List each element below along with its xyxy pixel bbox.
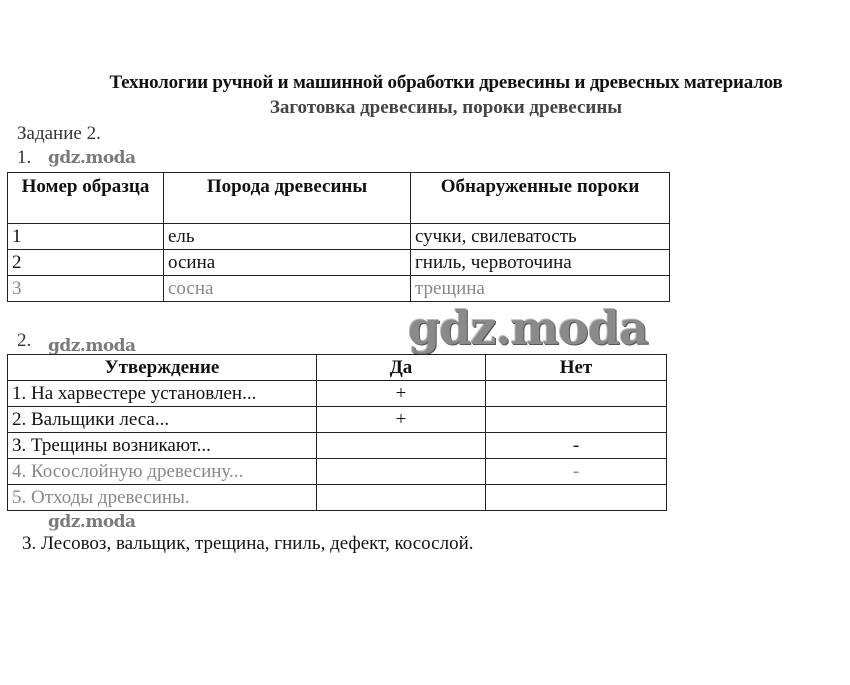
watermark-1: gdz.moda xyxy=(48,148,136,168)
cell-no: - xyxy=(486,433,667,459)
task-label: Задание 2. xyxy=(17,123,101,145)
cell-defects: сучки, свилеватость xyxy=(411,224,670,250)
watermark-3: gdz.moda xyxy=(48,512,136,532)
table-row: 3 сосна трещина xyxy=(8,276,670,302)
cell-statement: 3. Трещины возникают... xyxy=(8,433,317,459)
table-row: 1 ель сучки, свилеватость xyxy=(8,224,670,250)
table-row: 3. Трещины возникают... - xyxy=(8,433,667,459)
cell-species: сосна xyxy=(164,276,411,302)
table-row: 2 осина гниль, червоточина xyxy=(8,250,670,276)
defects-table: Номер образца Порода древесины Обнаружен… xyxy=(7,172,670,302)
column-header-no: Нет xyxy=(486,355,667,381)
cell-statement: 4. Косослойную древесину... xyxy=(8,459,317,485)
column-header-statement: Утверждение xyxy=(8,355,317,381)
watermark-large: gdz.moda xyxy=(408,300,648,356)
cell-no xyxy=(486,407,667,433)
watermark-2: gdz.moda xyxy=(48,336,136,356)
table-row: 2. Вальщики леса... + xyxy=(8,407,667,433)
cell-defects: трещина xyxy=(411,276,670,302)
cell-sample: 2 xyxy=(8,250,164,276)
cell-yes xyxy=(317,459,486,485)
statements-table: Утверждение Да Нет 1. На харвестере уста… xyxy=(7,354,667,511)
cell-species: осина xyxy=(164,250,411,276)
cell-yes xyxy=(317,485,486,511)
cell-sample: 3 xyxy=(8,276,164,302)
cell-species: ель xyxy=(164,224,411,250)
cell-statement: 2. Вальщики леса... xyxy=(8,407,317,433)
cell-yes xyxy=(317,433,486,459)
column-header-yes: Да xyxy=(317,355,486,381)
cell-no xyxy=(486,381,667,407)
cell-sample: 1 xyxy=(8,224,164,250)
cell-yes: + xyxy=(317,407,486,433)
section-2-number: 2. xyxy=(17,330,31,352)
table-header-row: Номер образца Порода древесины Обнаружен… xyxy=(8,173,670,224)
cell-no xyxy=(486,485,667,511)
table-row: 1. На харвестере установлен... + xyxy=(8,381,667,407)
page-title: Технологии ручной и машинной обработки д… xyxy=(0,72,850,94)
cell-no: - xyxy=(486,459,667,485)
cell-yes: + xyxy=(317,381,486,407)
cell-statement: 1. На харвестере установлен... xyxy=(8,381,317,407)
cell-defects: гниль, червоточина xyxy=(411,250,670,276)
section-1-number: 1. xyxy=(17,147,31,169)
section-3-answer: 3. Лесовоз, вальщик, трещина, гниль, деф… xyxy=(22,533,474,555)
cell-statement: 5. Отходы древесины. xyxy=(8,485,317,511)
table-header-row: Утверждение Да Нет xyxy=(8,355,667,381)
table-row: 4. Косослойную древесину... - xyxy=(8,459,667,485)
column-header-sample: Номер образца xyxy=(8,173,164,224)
page-subtitle: Заготовка древесины, пороки древесины xyxy=(0,97,850,119)
table-row: 5. Отходы древесины. xyxy=(8,485,667,511)
column-header-defects: Обнаруженные пороки xyxy=(411,173,670,224)
column-header-species: Порода древесины xyxy=(164,173,411,224)
